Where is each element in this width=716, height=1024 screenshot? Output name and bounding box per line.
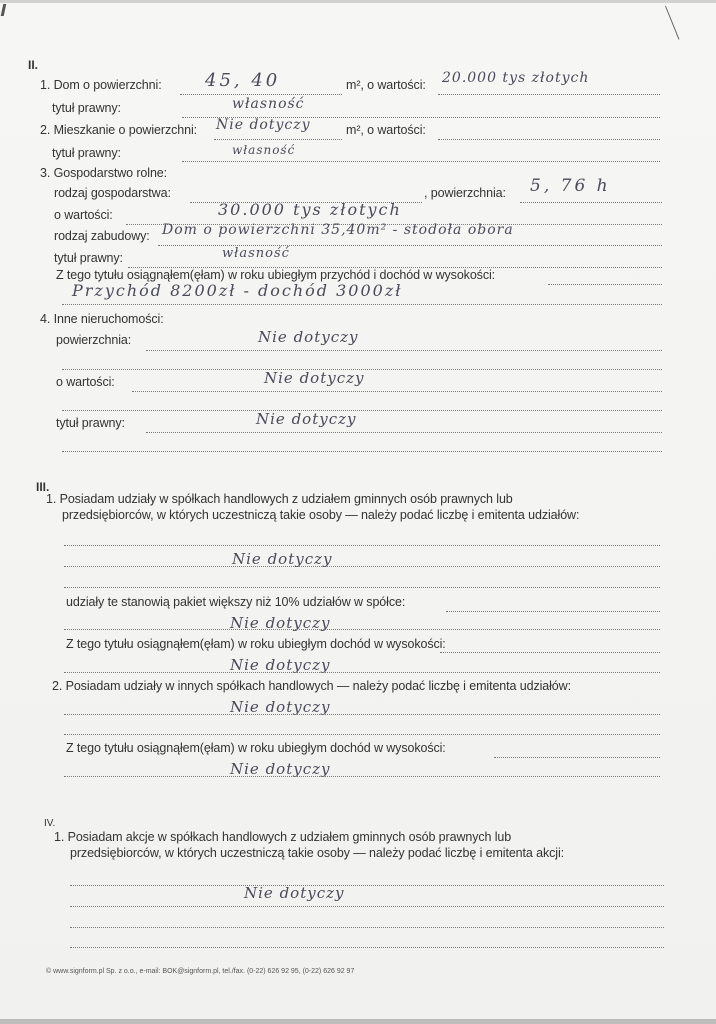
section-iv-numeral: IV. [44,818,55,829]
house-title-value: własność [232,96,305,112]
other-title-line[interactable] [146,432,662,433]
other-title-line-2[interactable] [62,451,662,452]
house-value-label: m², o wartości: [346,78,426,92]
flat-title-line[interactable] [182,161,660,162]
flat-area-label: 2. Mieszkanie o powierzchni: [40,123,197,137]
stocks-municipal-line-1[interactable] [70,885,664,886]
flat-value-line[interactable] [438,139,660,140]
flat-area-value: Nie dotyczy [216,117,311,133]
other-area-value: Nie dotyczy [258,328,358,346]
scan-top-edge [0,0,716,3]
farm-type-label: rodzaj gospodarstwa: [54,186,171,200]
shares-income-label: Z tego tytułu osiągnąłem(ęłam) w roku ub… [66,637,446,651]
farm-area-label: , powierzchnia: [424,186,506,200]
farm-area-line[interactable] [520,202,662,203]
farm-buildings-label: rodzaj zabudowy: [54,229,150,243]
shares-municipal-label-1: 1. Posiadam udziały w spółkach handlowyc… [46,492,513,506]
house-area-value: 45, 40 [205,70,280,91]
other-value-label: o wartości: [56,375,115,389]
shares-municipal-line-3[interactable] [64,587,660,588]
stocks-municipal-line-4[interactable] [70,947,664,948]
shares-over10-line-2[interactable] [64,629,660,630]
farm-income-line-a[interactable] [548,284,662,285]
shares-other-income-label: Z tego tytułu osiągnąłem(ęłam) w roku ub… [66,741,446,755]
shares-income-line[interactable] [440,652,660,653]
shares-other-label: 2. Posiadam udziały w innych spółkach ha… [52,679,571,693]
farm-buildings-value: Dom o powierzchni 35,40m² - stodoła obor… [162,222,514,238]
shares-other-line-1[interactable] [64,714,660,715]
fold-mark [665,6,679,40]
stocks-municipal-label-1: 1. Posiadam akcje w spółkach handlowych … [54,830,511,844]
house-value-line[interactable] [438,94,660,95]
farm-income-value: Przychód 8200zł - dochód 3000zł [72,281,402,300]
farm-income-line-b[interactable] [62,304,662,305]
house-title-label: tytuł prawny: [52,101,121,115]
shares-municipal-line-2[interactable] [64,566,660,567]
corner-mark [1,4,7,16]
stocks-municipal-line-3[interactable] [70,927,664,928]
farm-title-label: tytuł prawny: [54,251,123,265]
stocks-municipal-line-2[interactable] [70,906,664,907]
flat-title-label: tytuł prawny: [52,146,121,160]
other-value-line-2[interactable] [62,410,662,411]
house-value: 20.000 tys złotych [442,70,589,86]
other-title-value: Nie dotyczy [256,410,356,428]
farm-income-label: Z tego tytułu osiągnąłem(ęłam) w roku ub… [56,268,495,282]
shares-over10-label: udziały te stanowią pakiet większy niż 1… [66,595,405,609]
shares-municipal-label-2: przedsiębiorców, w których uczestniczą t… [62,508,579,522]
form-page: II. 1. Dom o powierzchni: 45, 40 m², o w… [0,0,716,1024]
flat-title-value: własność [232,143,295,157]
shares-other-income-line-2[interactable] [64,776,660,777]
scan-bottom-edge [0,1019,716,1024]
farm-value-label: o wartości: [54,208,113,222]
other-title-label: tytuł prawny: [56,416,125,430]
shares-municipal-value: Nie dotyczy [232,550,332,568]
farm-value: 30.000 tys złotych [218,200,402,219]
other-area-line[interactable] [146,350,662,351]
farm-area-value: 5, 76 h [530,176,611,196]
stocks-municipal-label-2: przedsiębiorców, w których uczestniczą t… [70,846,564,860]
other-area-label: powierzchnia: [56,333,131,347]
shares-over10-line[interactable] [446,611,660,612]
shares-other-income-line[interactable] [494,757,660,758]
shares-municipal-line-1[interactable] [64,545,660,546]
other-value: Nie dotyczy [264,369,364,387]
other-property-label: 4. Inne nieruchomości: [40,312,164,326]
farm-label: 3. Gospodarstwo rolne: [40,166,167,180]
footer-publisher: © www.signform.pl Sp. z o.o., e-mail: BO… [46,968,354,975]
flat-value-label: m², o wartości: [346,123,426,137]
flat-area-line[interactable] [214,139,342,140]
other-value-line[interactable] [132,391,662,392]
farm-title-value: własność [222,246,290,261]
shares-other-line-2[interactable] [64,734,660,735]
house-area-label: 1. Dom o powierzchni: [40,78,162,92]
shares-income-line-2[interactable] [64,672,660,673]
stocks-municipal-value: Nie dotyczy [244,884,344,902]
house-area-line[interactable] [180,94,342,95]
section-ii-numeral: II. [28,58,38,72]
